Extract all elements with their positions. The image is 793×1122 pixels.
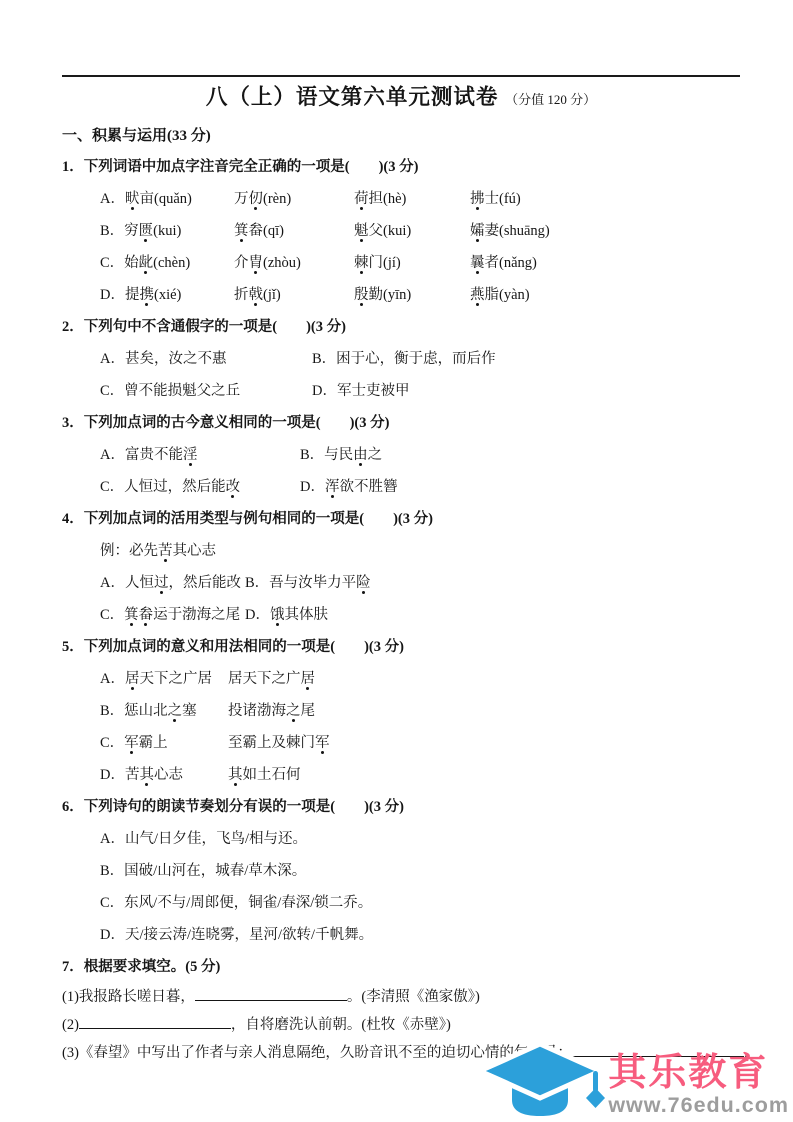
question-4-example: 例：必先苦其心志 (62, 535, 740, 567)
fill-pre-text: (1)我报路长嗟日暮， (62, 989, 195, 1005)
fill-post-text: ，自将磨洗认前朝。(杜牧《赤壁》) (231, 1017, 451, 1033)
brand-url: www.76edu.com (608, 1094, 789, 1118)
option-cell: 万仞(rèn) (234, 183, 354, 215)
question-4: 4．下列加点词的活用类型与例句相同的一项是( )(3 分) 例：必先苦其心志 A… (62, 503, 740, 631)
graduation-cap-icon (474, 1042, 606, 1122)
option-line: C．东风/不与/周郎便，铜雀/春深/锁二乔。 (62, 887, 740, 919)
option-cell: 至霸上及棘门军 (228, 727, 740, 759)
paper-score-note: （分值 120 分） (505, 92, 596, 107)
question-3-options: A．富贵不能淫 B．与民由之 C．人恒过，然后能改 D．浑欲不胜簪 (62, 439, 740, 503)
option-cell: B．吾与汝毕力平险 (245, 567, 740, 599)
question-1-stem: 1．下列词语中加点字注音完全正确的一项是( )(3 分) (62, 151, 740, 183)
question-6-stem: 6．下列诗句的朗读节奏划分有误的一项是( )(3 分) (62, 791, 740, 823)
option-cell: C．曾不能损魁父之丘 (100, 375, 312, 407)
option-cell: 殷勤(yīn) (354, 279, 470, 311)
option-cell: 魁父(kui) (354, 215, 470, 247)
brand-name: 其乐教育 (608, 1054, 768, 1094)
question-2-stem: 2．下列句中不含通假字的一项是( )(3 分) (62, 311, 740, 343)
question-3-stem: 3．下列加点词的古今意义相同的一项是( )(3 分) (62, 407, 740, 439)
option-cell: B．与民由之 (300, 439, 740, 471)
question-3: 3．下列加点词的古今意义相同的一项是( )(3 分) A．富贵不能淫 B．与民由… (62, 407, 740, 503)
header-rule (62, 75, 740, 77)
option-cell: D．提携(xié) (100, 279, 234, 311)
option-cell: D．苦其心志 (100, 759, 228, 791)
option-cell: C．箕畚运于渤海之尾 (100, 599, 245, 631)
option-cell: 荷担(hè) (354, 183, 470, 215)
paper-title: 八（上）语文第六单元测试卷 (206, 85, 499, 109)
question-7-stem: 7．根据要求填空。(5 分) (62, 951, 740, 983)
option-cell: B．惩山北之塞 (100, 695, 228, 727)
option-cell: 棘门(jí) (354, 247, 470, 279)
option-cell: C．始龀(chèn) (100, 247, 234, 279)
fill-pre-text: (2) (62, 1017, 79, 1033)
option-cell: 燕脂(yàn) (470, 279, 740, 311)
question-4-options: A．人恒过，然后能改 B．吾与汝毕力平险 C．箕畚运于渤海之尾 D．饿其体肤 (62, 567, 740, 631)
page-title: 八（上）语文第六单元测试卷 （分值 120 分） (62, 82, 740, 115)
option-cell: 投诸渤海之尾 (228, 695, 740, 727)
option-cell: C．人恒过，然后能改 (100, 471, 300, 503)
option-cell: 介胄(zhòu) (234, 247, 354, 279)
option-cell: D．军士吏被甲 (312, 375, 740, 407)
option-cell: 居天下之广居 (228, 663, 740, 695)
question-2-options: A．甚矣，汝之不惠 B．困于心，衡于虑，而后作 C．曾不能损魁父之丘 D．军士吏… (62, 343, 740, 407)
fill-blank-line-1: (1)我报路长嗟日暮，。(李清照《渔家傲》) (62, 983, 740, 1011)
option-cell: A．居天下之广居 (100, 663, 228, 695)
option-cell: D．饿其体肤 (245, 599, 740, 631)
option-cell: A．畎亩(quǎn) (100, 183, 234, 215)
watermark-logo: 其乐教育 www.76edu.com (474, 1042, 789, 1122)
option-cell: 折戟(jǐ) (234, 279, 354, 311)
option-cell: B．困于心，衡于虑，而后作 (312, 343, 740, 375)
blank-underline (195, 987, 347, 1001)
question-1: 1．下列词语中加点字注音完全正确的一项是( )(3 分) A．畎亩(quǎn) … (62, 151, 740, 311)
watermark-text: 其乐教育 www.76edu.com (608, 1054, 789, 1122)
option-cell: B．穷匮(kui) (100, 215, 234, 247)
option-line: A．山气/日夕佳，飞鸟/相与还。 (62, 823, 740, 855)
option-cell: A．甚矣，汝之不惠 (100, 343, 312, 375)
option-cell: 其如土石何 (228, 759, 740, 791)
fill-blank-line-2: (2)，自将磨洗认前朝。(杜牧《赤壁》) (62, 1011, 740, 1039)
question-5-stem: 5．下列加点词的意义和用法相同的一项是( )(3 分) (62, 631, 740, 663)
section-heading: 一、积累与运用(33 分) (62, 121, 740, 151)
test-paper-page: 八（上）语文第六单元测试卷 （分值 120 分） 一、积累与运用(33 分) 1… (0, 0, 793, 1122)
question-6: 6．下列诗句的朗读节奏划分有误的一项是( )(3 分) A．山气/日夕佳，飞鸟/… (62, 791, 740, 951)
question-5-options: A．居天下之广居 居天下之广居 B．惩山北之塞 投诸渤海之尾 C．军霸上 至霸上… (62, 663, 740, 791)
option-cell: D．浑欲不胜簪 (300, 471, 740, 503)
option-cell: A．人恒过，然后能改 (100, 567, 245, 599)
question-1-options: A．畎亩(quǎn) 万仞(rèn) 荷担(hè) 拂士(fú) B．穷匮(ku… (62, 183, 740, 311)
option-cell: 曩者(nǎng) (470, 247, 740, 279)
option-cell: 箕畚(qī) (234, 215, 354, 247)
blank-underline (79, 1015, 231, 1029)
option-line: B．国破/山河在，城春/草木深。 (62, 855, 740, 887)
option-cell: C．军霸上 (100, 727, 228, 759)
option-cell: 拂士(fú) (470, 183, 740, 215)
question-5: 5．下列加点词的意义和用法相同的一项是( )(3 分) A．居天下之广居 居天下… (62, 631, 740, 791)
option-cell: A．富贵不能淫 (100, 439, 300, 471)
question-4-stem: 4．下列加点词的活用类型与例句相同的一项是( )(3 分) (62, 503, 740, 535)
fill-post-text: 。(李清照《渔家傲》) (347, 989, 480, 1005)
option-cell: 孀妻(shuāng) (470, 215, 740, 247)
option-line: D．天/接云涛/连晓雾，星河/欲转/千帆舞。 (62, 919, 740, 951)
question-2: 2．下列句中不含通假字的一项是( )(3 分) A．甚矣，汝之不惠 B．困于心，… (62, 311, 740, 407)
